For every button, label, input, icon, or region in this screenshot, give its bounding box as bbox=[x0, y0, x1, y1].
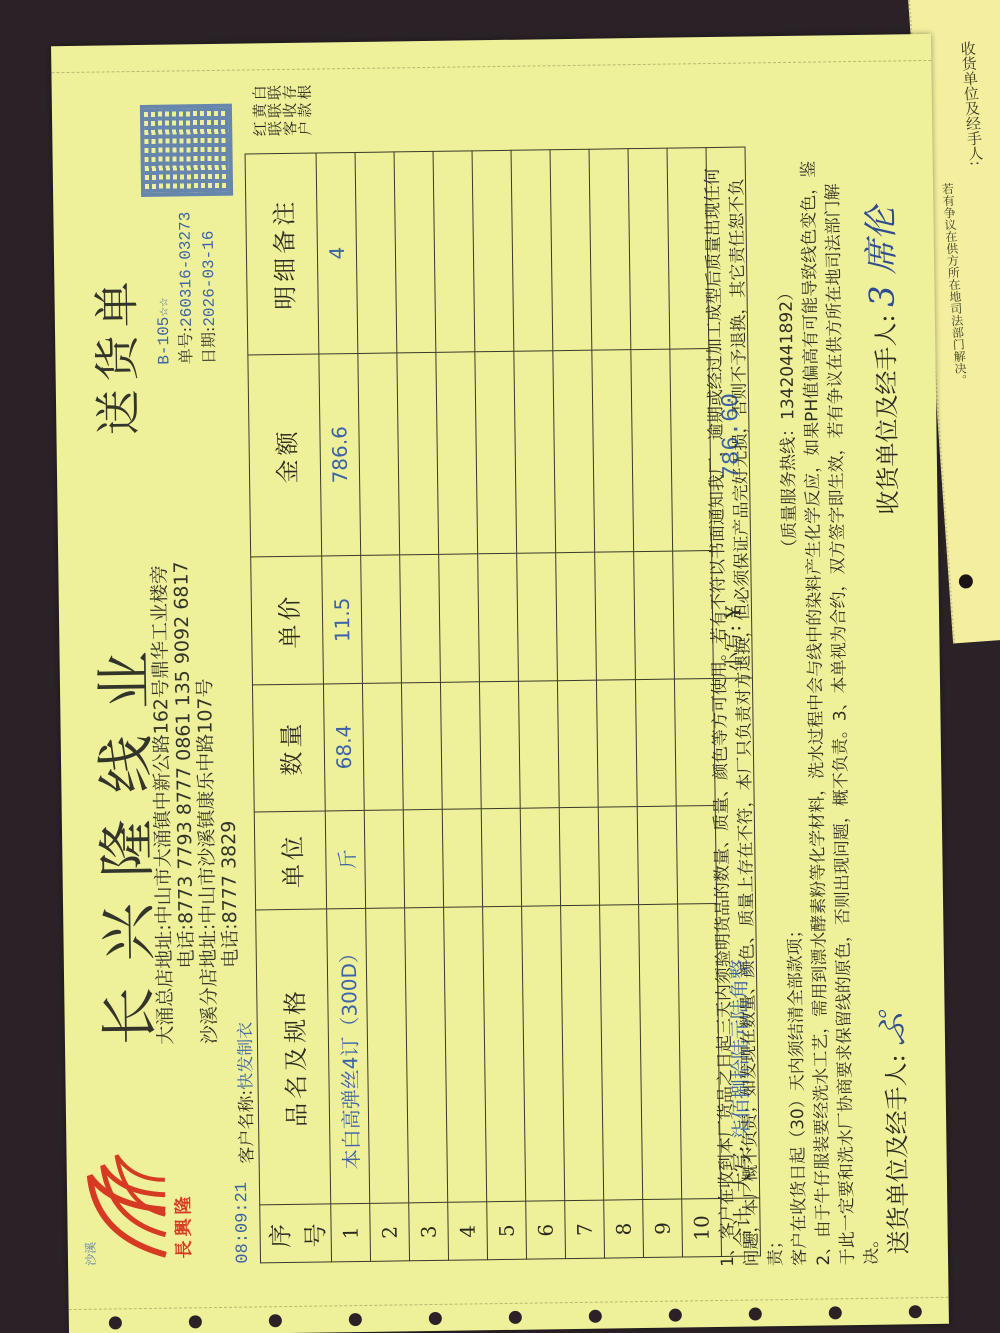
row-seq: 3 bbox=[409, 1203, 449, 1261]
copy-labels: 白联存根 黄联收款 红联客户 bbox=[252, 83, 373, 139]
receiver-label: 收货单位及经手人: bbox=[872, 314, 903, 514]
copy-label-yellow: 黄联收款 bbox=[252, 102, 312, 121]
sender-label: 送货单位及经手人: bbox=[882, 1054, 913, 1254]
order-date: 2026-03-16 bbox=[200, 230, 219, 326]
company-logo: 沙溪 長興隆 bbox=[84, 1144, 206, 1266]
header-seq: 序号 bbox=[260, 1204, 332, 1262]
logo-small-text: 沙溪 bbox=[82, 1242, 99, 1266]
row-seq: 5 bbox=[487, 1202, 527, 1260]
hq-phone-label: 电话: bbox=[175, 924, 198, 969]
header-qty: 数量 bbox=[252, 684, 325, 812]
row-seq: 7 bbox=[565, 1201, 605, 1259]
qr-code-icon bbox=[140, 104, 233, 197]
date-label: 日期: bbox=[199, 326, 219, 364]
document-title: 送货单 bbox=[80, 273, 148, 436]
header-unit: 单位 bbox=[254, 811, 326, 910]
sender-signature: ぷ bbox=[873, 1013, 913, 1048]
row-seq: 8 bbox=[604, 1200, 644, 1258]
items-table: 序号 品名及规格 单位 数量 单价 金额 明细备注 1本白高弹丝4订（300D）… bbox=[245, 147, 761, 1264]
order-no-label: 单号: bbox=[176, 327, 196, 365]
customer-name: 快发制衣 bbox=[236, 1022, 257, 1090]
form-code: B-105☆☆ bbox=[151, 212, 175, 365]
quality-hotline: （质量服务热线：13420441892） bbox=[776, 284, 800, 556]
row-unit: 斤 bbox=[325, 810, 365, 908]
row-price: 11.5 bbox=[322, 556, 363, 684]
row-seq: 6 bbox=[526, 1201, 566, 1259]
receiver-signature-field: 收货单位及经手人: 3 席伦 bbox=[853, 206, 906, 515]
row-name: 本白高弹丝4订（300D） bbox=[327, 908, 370, 1204]
print-time: 08:09:21 bbox=[233, 1182, 253, 1264]
delivery-receipt: 沙溪 長興隆 长兴隆线业 送货单 大涌总店地址:中山市大涌镇中新公路162号鼎华… bbox=[51, 34, 949, 1333]
header-price: 单价 bbox=[251, 556, 324, 685]
customer-label: 客户名称: bbox=[237, 1090, 258, 1164]
receipt-photo: 沙溪 長興隆 长兴隆线业 送货单 大涌总店地址:中山市大涌镇中新公路162号鼎华… bbox=[0, 0, 1000, 1333]
order-meta: B-105☆☆ 单号:260316-03273 日期:2026-03-16 bbox=[151, 211, 221, 365]
row-amount: 786.6 bbox=[319, 353, 361, 556]
copy-label-red: 红联客户 bbox=[252, 120, 312, 139]
perforation-strip-left bbox=[69, 1297, 949, 1333]
branch-phone: 8777 3829 bbox=[218, 820, 241, 923]
row-seq: 1 bbox=[331, 1204, 371, 1262]
logo-name: 長興隆 bbox=[169, 1192, 196, 1258]
header-amount: 金额 bbox=[248, 354, 322, 558]
header-note: 明细备注 bbox=[245, 153, 319, 355]
row-seq: 9 bbox=[643, 1200, 683, 1258]
row-qty: 68.4 bbox=[323, 683, 364, 810]
company-address-block: 大涌总店地址:中山市大涌镇中新公路162号鼎华工业楼旁 电话:8773 7793… bbox=[148, 561, 243, 1045]
branch-address: 中山市沙溪镇康乐中路107号 bbox=[194, 678, 219, 924]
receipt-header: 沙溪 長興隆 长兴隆线业 送货单 大涌总店地址:中山市大涌镇中新公路162号鼎华… bbox=[70, 104, 236, 1266]
order-no: 260316-03273 bbox=[176, 212, 196, 327]
branch-address-label: 沙溪分店地址: bbox=[197, 924, 221, 1045]
customer-field: 客户名称:快发制衣 bbox=[231, 1022, 258, 1164]
branch-phone-label: 电话: bbox=[219, 923, 242, 968]
row-note: 4 bbox=[316, 152, 358, 353]
perforation-strip-right bbox=[51, 34, 931, 73]
row-seq: 4 bbox=[448, 1202, 488, 1260]
row-seq: 2 bbox=[370, 1203, 410, 1261]
sender-signature-field: 送货单位及经手人: ぷ bbox=[865, 1013, 917, 1255]
header-name: 品名及规格 bbox=[256, 909, 331, 1206]
receiver-signature: 3 席伦 bbox=[861, 206, 902, 307]
hq-address-label: 大涌总店地址: bbox=[153, 924, 177, 1045]
copy-label-white: 白联存根 bbox=[252, 84, 312, 103]
